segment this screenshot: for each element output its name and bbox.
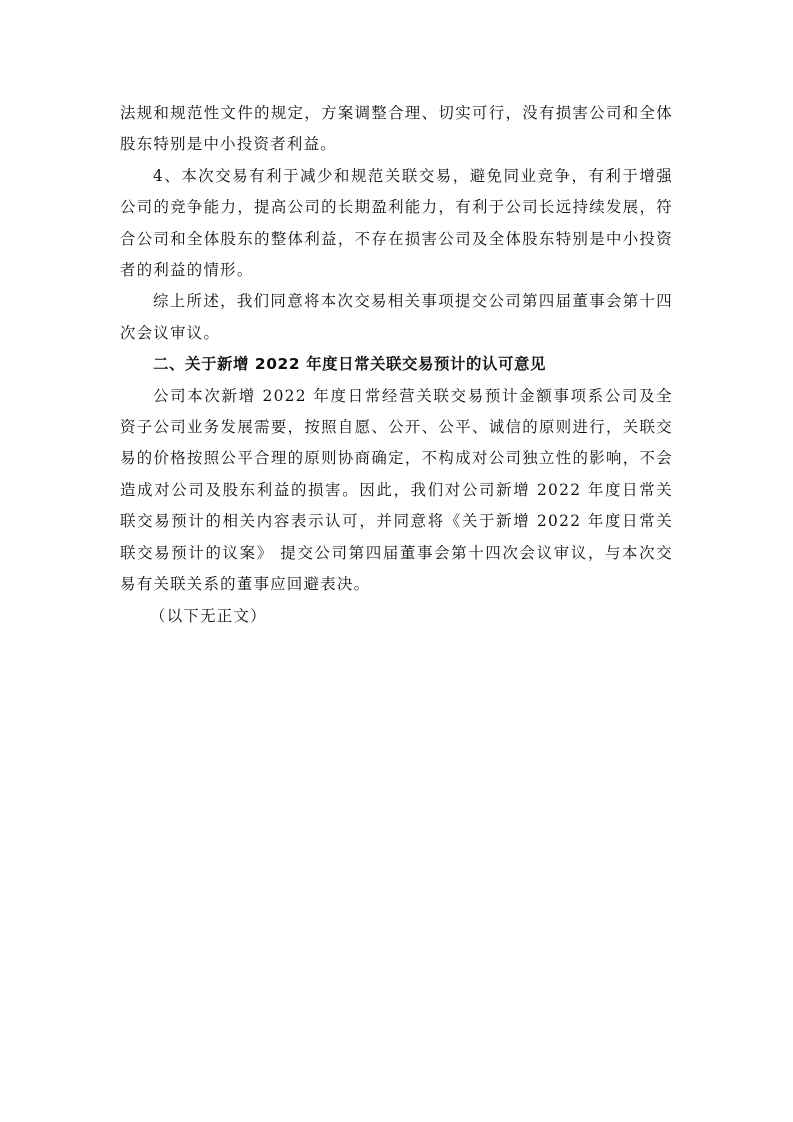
paragraph-item-4: 4、本次交易有利于减少和规范关联交易，避免同业竞争，有利于增强公司的竞争能力，提… <box>120 161 673 287</box>
paragraph-summary: 综上所述，我们同意将本次交易相关事项提交公司第四届董事会第十四次会议审议。 <box>120 286 673 349</box>
paragraph-continuation: 法规和规范性文件的规定，方案调整合理、切实可行，没有损害公司和全体股东特别是中小… <box>120 98 673 161</box>
document-page: 法规和规范性文件的规定，方案调整合理、切实可行，没有损害公司和全体股东特别是中小… <box>120 98 673 632</box>
section-heading: 二、关于新增 2022 年度日常关联交易预计的认可意见 <box>120 349 673 380</box>
end-note: （以下无正文） <box>120 601 673 632</box>
paragraph-section-2-body: 公司本次新增 2022 年度日常经营关联交易预计金额事项系公司及全资子公司业务发… <box>120 381 673 601</box>
